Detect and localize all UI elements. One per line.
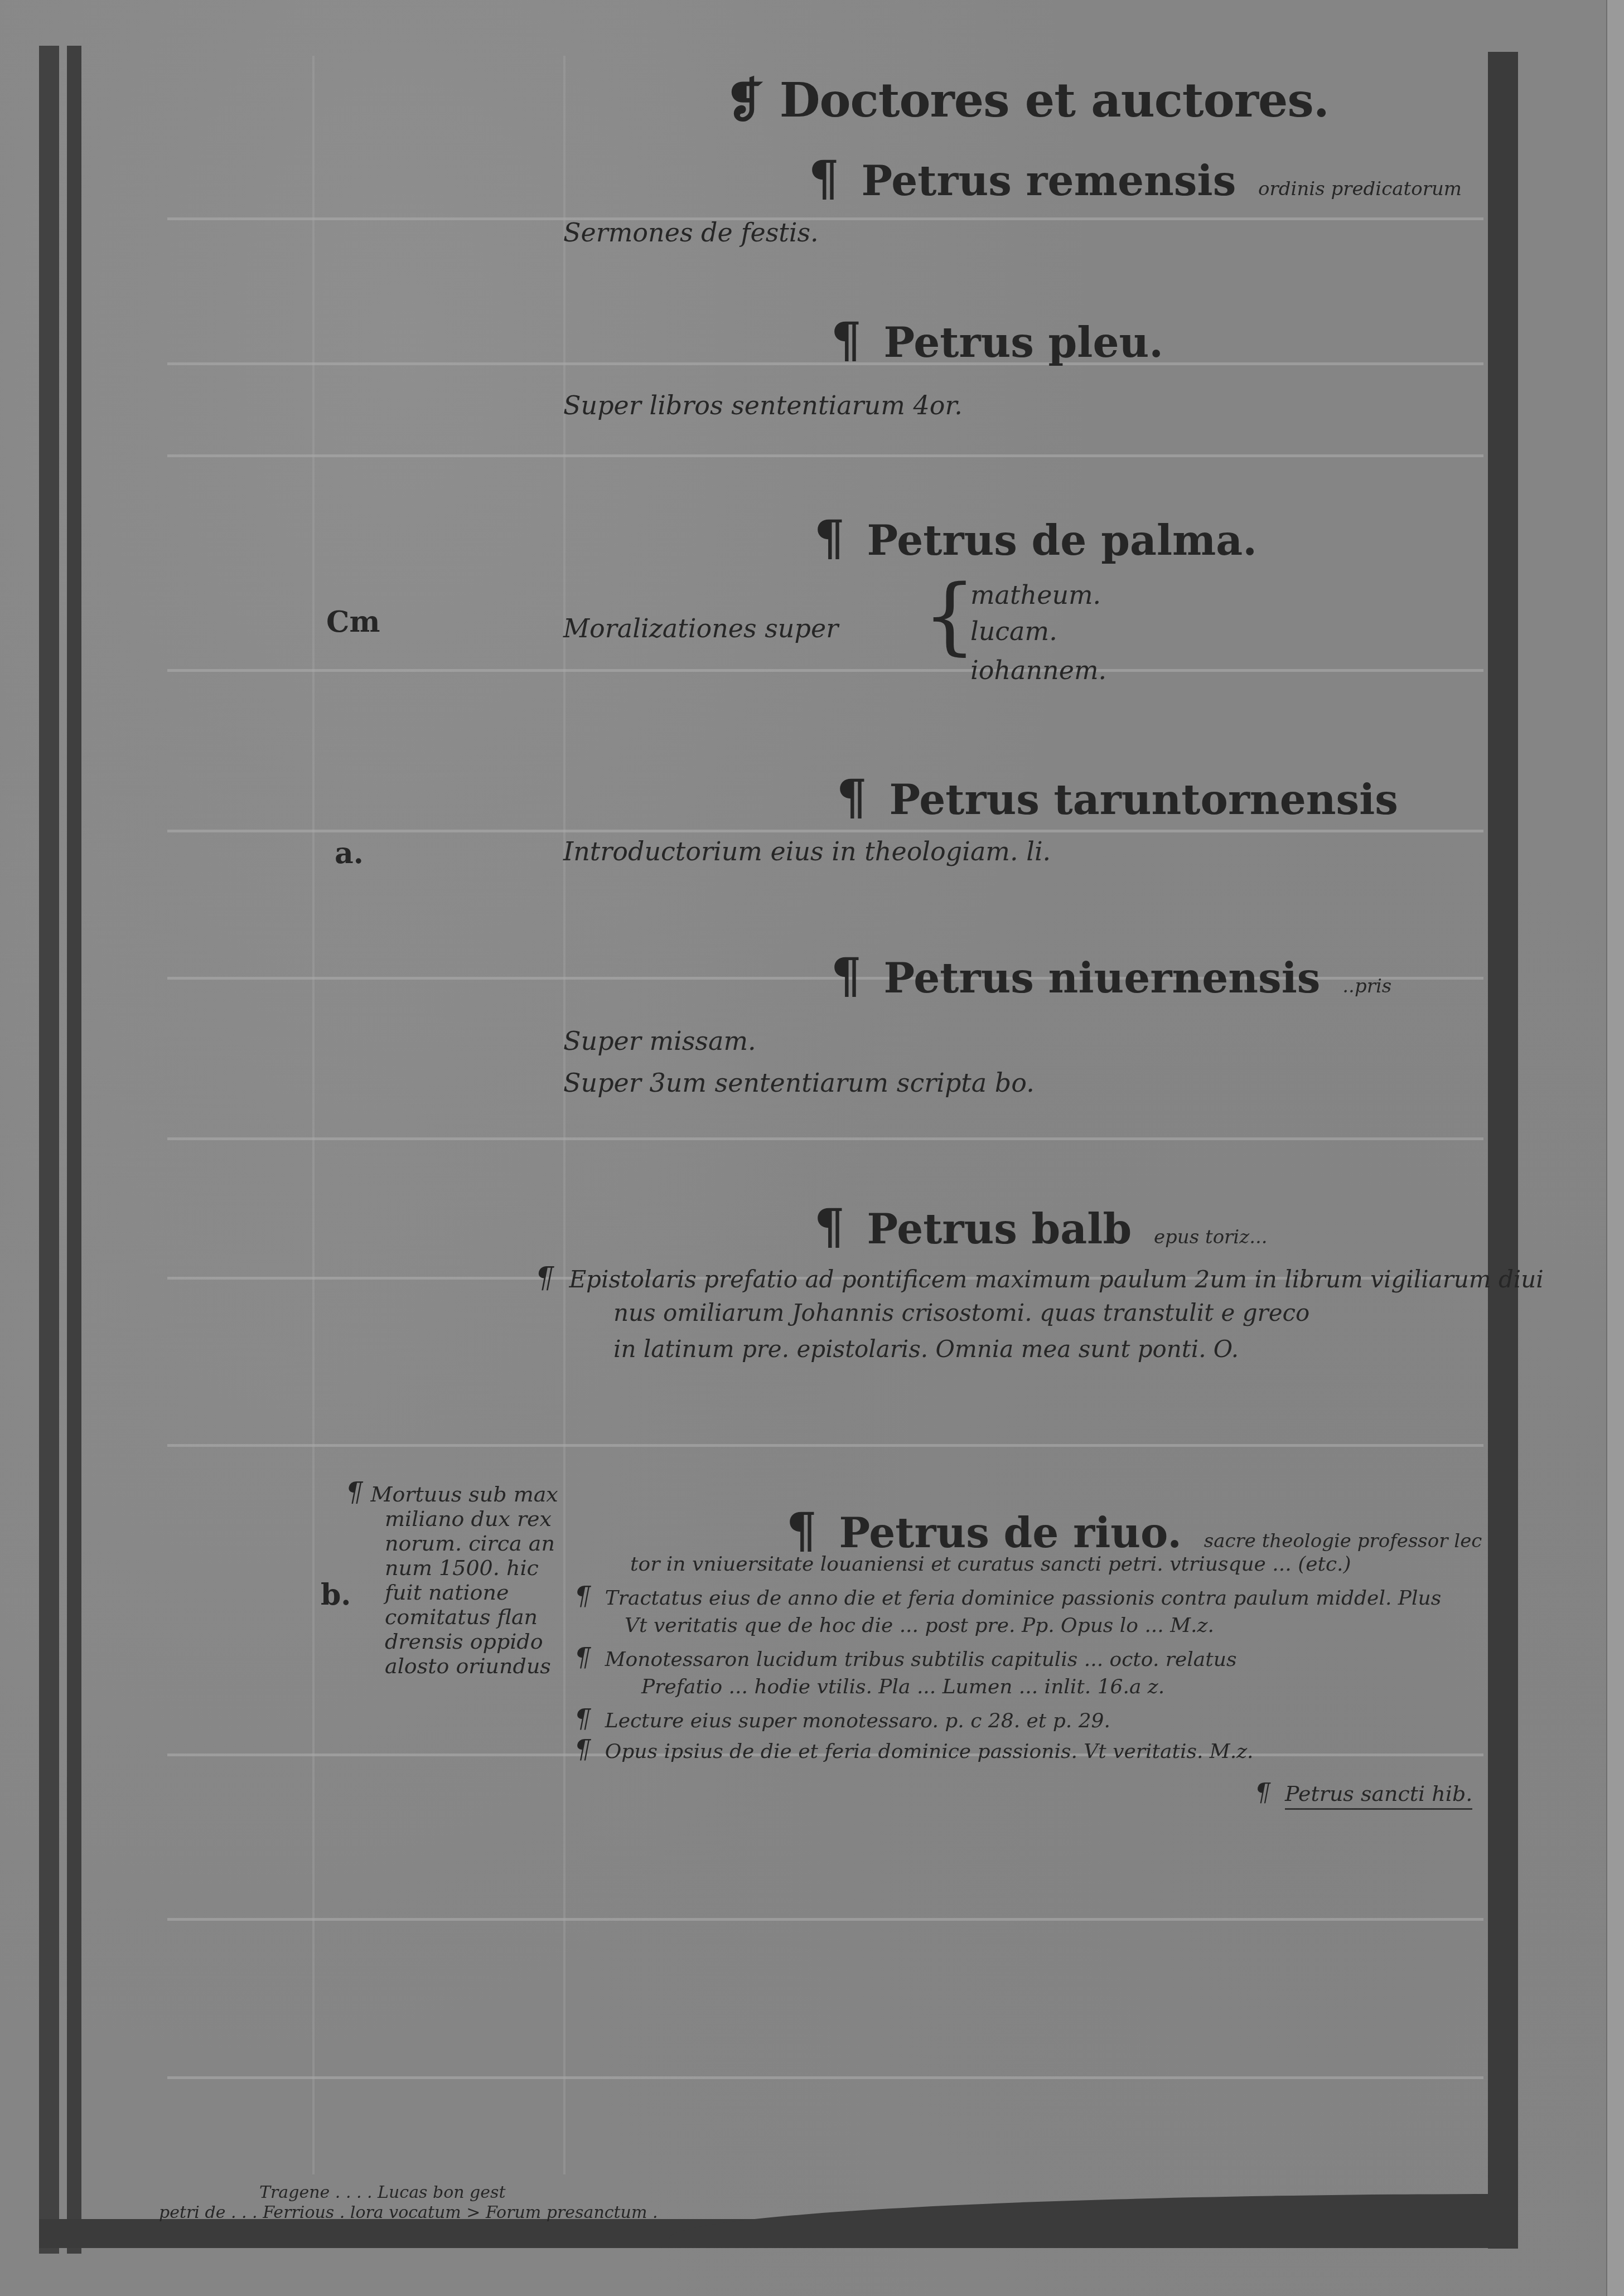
pilcrow-icon: ¶ bbox=[535, 1261, 554, 1295]
side-note-line: alosto oriundus bbox=[346, 1654, 558, 1678]
entry-line: ¶ Epistolaris prefatio ad pontificem max… bbox=[535, 1261, 1544, 1295]
pilcrow-icon: ¶ bbox=[814, 510, 845, 566]
pilcrow-icon: ¶ bbox=[837, 769, 867, 826]
side-note-line: Mortuus sub max bbox=[371, 1482, 558, 1507]
signature-text: Petrus sancti hib. bbox=[1285, 1781, 1472, 1810]
entry-heading: ¶ Petrus de palma. bbox=[814, 510, 1257, 566]
ruling-line bbox=[167, 2076, 1483, 2079]
entry-name: Petrus taruntornensis bbox=[889, 776, 1398, 824]
braced-item: lucam. bbox=[970, 616, 1057, 646]
title-text: Doctores et auctores. bbox=[780, 72, 1329, 128]
manuscript-page-background bbox=[0, 0, 1624, 2296]
entry-gloss: ..pris bbox=[1342, 975, 1391, 997]
margin-mark: b. bbox=[321, 1578, 351, 1612]
entry-line-text: Monotessaron lucidum tribus subtilis cap… bbox=[605, 1648, 1237, 1671]
entry-heading: ¶ Petrus remensis ordinis predicatorum bbox=[809, 151, 1462, 207]
entry-line: Vt veritatis que de hoc die ... post pre… bbox=[625, 1614, 1214, 1637]
entry-line: Super libros sententiarum 4or. bbox=[563, 390, 963, 420]
braced-item: iohannem. bbox=[970, 655, 1106, 685]
entry-name: Petrus de riuo. bbox=[839, 1509, 1181, 1557]
entry-name: Petrus niuernensis bbox=[883, 955, 1320, 1002]
entry-line: Super 3um sententiarum scripta bo. bbox=[563, 1068, 1035, 1098]
side-note-line: num 1500. hic bbox=[346, 1556, 558, 1580]
side-note-line: miliano dux rex bbox=[346, 1507, 558, 1531]
ruling-line bbox=[167, 1444, 1483, 1447]
pilcrow-icon: ¶ bbox=[574, 1703, 591, 1733]
page-edge-strip bbox=[1606, 0, 1624, 2296]
entry-gloss: ordinis predicatorum bbox=[1258, 178, 1462, 200]
pilcrow-icon: ¶ bbox=[831, 948, 862, 1004]
binding-bar-left bbox=[39, 46, 59, 2254]
entry-name: Petrus balb bbox=[867, 1205, 1132, 1253]
margin-ruling bbox=[312, 56, 315, 2174]
entry-heading: ¶ Petrus de riuo. sacre theologie profes… bbox=[786, 1503, 1482, 1559]
pilcrow-icon: ¶ bbox=[786, 1503, 817, 1559]
pilcrow-icon: ¶ bbox=[346, 1477, 363, 1508]
entry-line: ¶ Monotessaron lucidum tribus subtilis c… bbox=[574, 1642, 1236, 1672]
ruling-line bbox=[167, 217, 1483, 220]
ruling-line bbox=[167, 1918, 1483, 1921]
entry-line-text: Opus ipsius de die et feria dominice pas… bbox=[605, 1740, 1254, 1763]
entry-gloss: sacre theologie professor lec bbox=[1204, 1530, 1482, 1552]
pilcrow-icon: ¶ bbox=[574, 1734, 591, 1764]
pilcrow-icon: ¶ bbox=[1255, 1779, 1270, 1807]
entry-line: Introductorium eius in theologiam. li. bbox=[563, 836, 1051, 866]
entry-line: tor in vniuersitate louaniensi et curatu… bbox=[630, 1553, 1351, 1576]
pilcrow-icon: ¶ bbox=[574, 1642, 591, 1672]
entry-line: ¶ Tractatus eius de anno die et feria do… bbox=[574, 1581, 1441, 1611]
entry-line-text: Epistolaris prefatio ad pontificem maxim… bbox=[569, 1266, 1543, 1293]
entry-heading: ¶ Petrus balb epus toriz... bbox=[814, 1199, 1268, 1255]
entry-name: Petrus de palma. bbox=[867, 517, 1257, 565]
entry-name: Petrus remensis bbox=[861, 157, 1236, 205]
title-mark-icon: ❡ bbox=[725, 72, 763, 128]
braced-item: matheum. bbox=[970, 580, 1101, 610]
margin-mark: a. bbox=[335, 836, 364, 870]
entry-line: Prefatio ... hodie vtilis. Pla ... Lumen… bbox=[641, 1675, 1164, 1698]
entry-line: Super missam. bbox=[563, 1026, 756, 1056]
entry-line: in latinum pre. epistolaris. Omnia mea s… bbox=[613, 1335, 1239, 1363]
entry-heading: ¶ Petrus taruntornensis bbox=[837, 769, 1398, 826]
footer-note: Tragene . . . . Lucas bon gest petri de … bbox=[159, 2183, 658, 2223]
footer-note-line: Tragene . . . . Lucas bon gest bbox=[159, 2183, 658, 2203]
side-note-line: norum. circa an bbox=[346, 1531, 558, 1556]
signature: ¶ Petrus sancti hib. bbox=[1255, 1779, 1472, 1807]
side-note-line: drensis oppido bbox=[346, 1629, 558, 1654]
brace-icon: { bbox=[923, 574, 976, 658]
entry-line: Sermones de festis. bbox=[563, 217, 819, 248]
margin-ruling bbox=[563, 56, 565, 2174]
binding-bar-left-inner bbox=[67, 46, 81, 2254]
ruling-line bbox=[167, 669, 1483, 672]
pilcrow-icon: ¶ bbox=[809, 151, 839, 207]
entry-line: ¶ Lecture eius super monotessaro. p. c 2… bbox=[574, 1703, 1110, 1733]
ruling-line bbox=[167, 830, 1483, 832]
page-title: ❡ Doctores et auctores. bbox=[725, 72, 1329, 128]
margin-mark: Cm bbox=[326, 605, 380, 639]
entry-heading: ¶ Petrus niuernensis ..pris bbox=[831, 948, 1391, 1004]
entry-line: nus omiliarum Johannis crisostomi. quas … bbox=[613, 1299, 1309, 1326]
side-note-line: comitatus flan bbox=[346, 1605, 558, 1629]
entry-line-text: Lecture eius super monotessaro. p. c 28.… bbox=[605, 1709, 1110, 1732]
entry-line: ¶ Opus ipsius de die et feria dominice p… bbox=[574, 1734, 1254, 1764]
pilcrow-icon: ¶ bbox=[831, 312, 862, 369]
side-note-line: fuit natione bbox=[346, 1580, 558, 1605]
frame-bar-right bbox=[1488, 52, 1518, 2249]
pilcrow-icon: ¶ bbox=[574, 1581, 591, 1611]
ruling-line bbox=[167, 362, 1483, 365]
side-note: ¶Mortuus sub max miliano dux rex norum. … bbox=[346, 1480, 558, 1678]
ruling-line bbox=[167, 454, 1483, 457]
entry-line: Moralizationes super bbox=[563, 613, 838, 643]
entry-name: Petrus pleu. bbox=[883, 319, 1163, 367]
ruling-line bbox=[167, 1137, 1483, 1140]
entry-heading: ¶ Petrus pleu. bbox=[831, 312, 1163, 369]
entry-gloss: epus toriz... bbox=[1154, 1226, 1268, 1248]
pilcrow-icon: ¶ bbox=[814, 1199, 845, 1255]
footer-note-line: petri de . . . Ferrious . lora vocatum >… bbox=[159, 2203, 658, 2223]
entry-line-text: Tractatus eius de anno die et feria domi… bbox=[605, 1587, 1441, 1610]
